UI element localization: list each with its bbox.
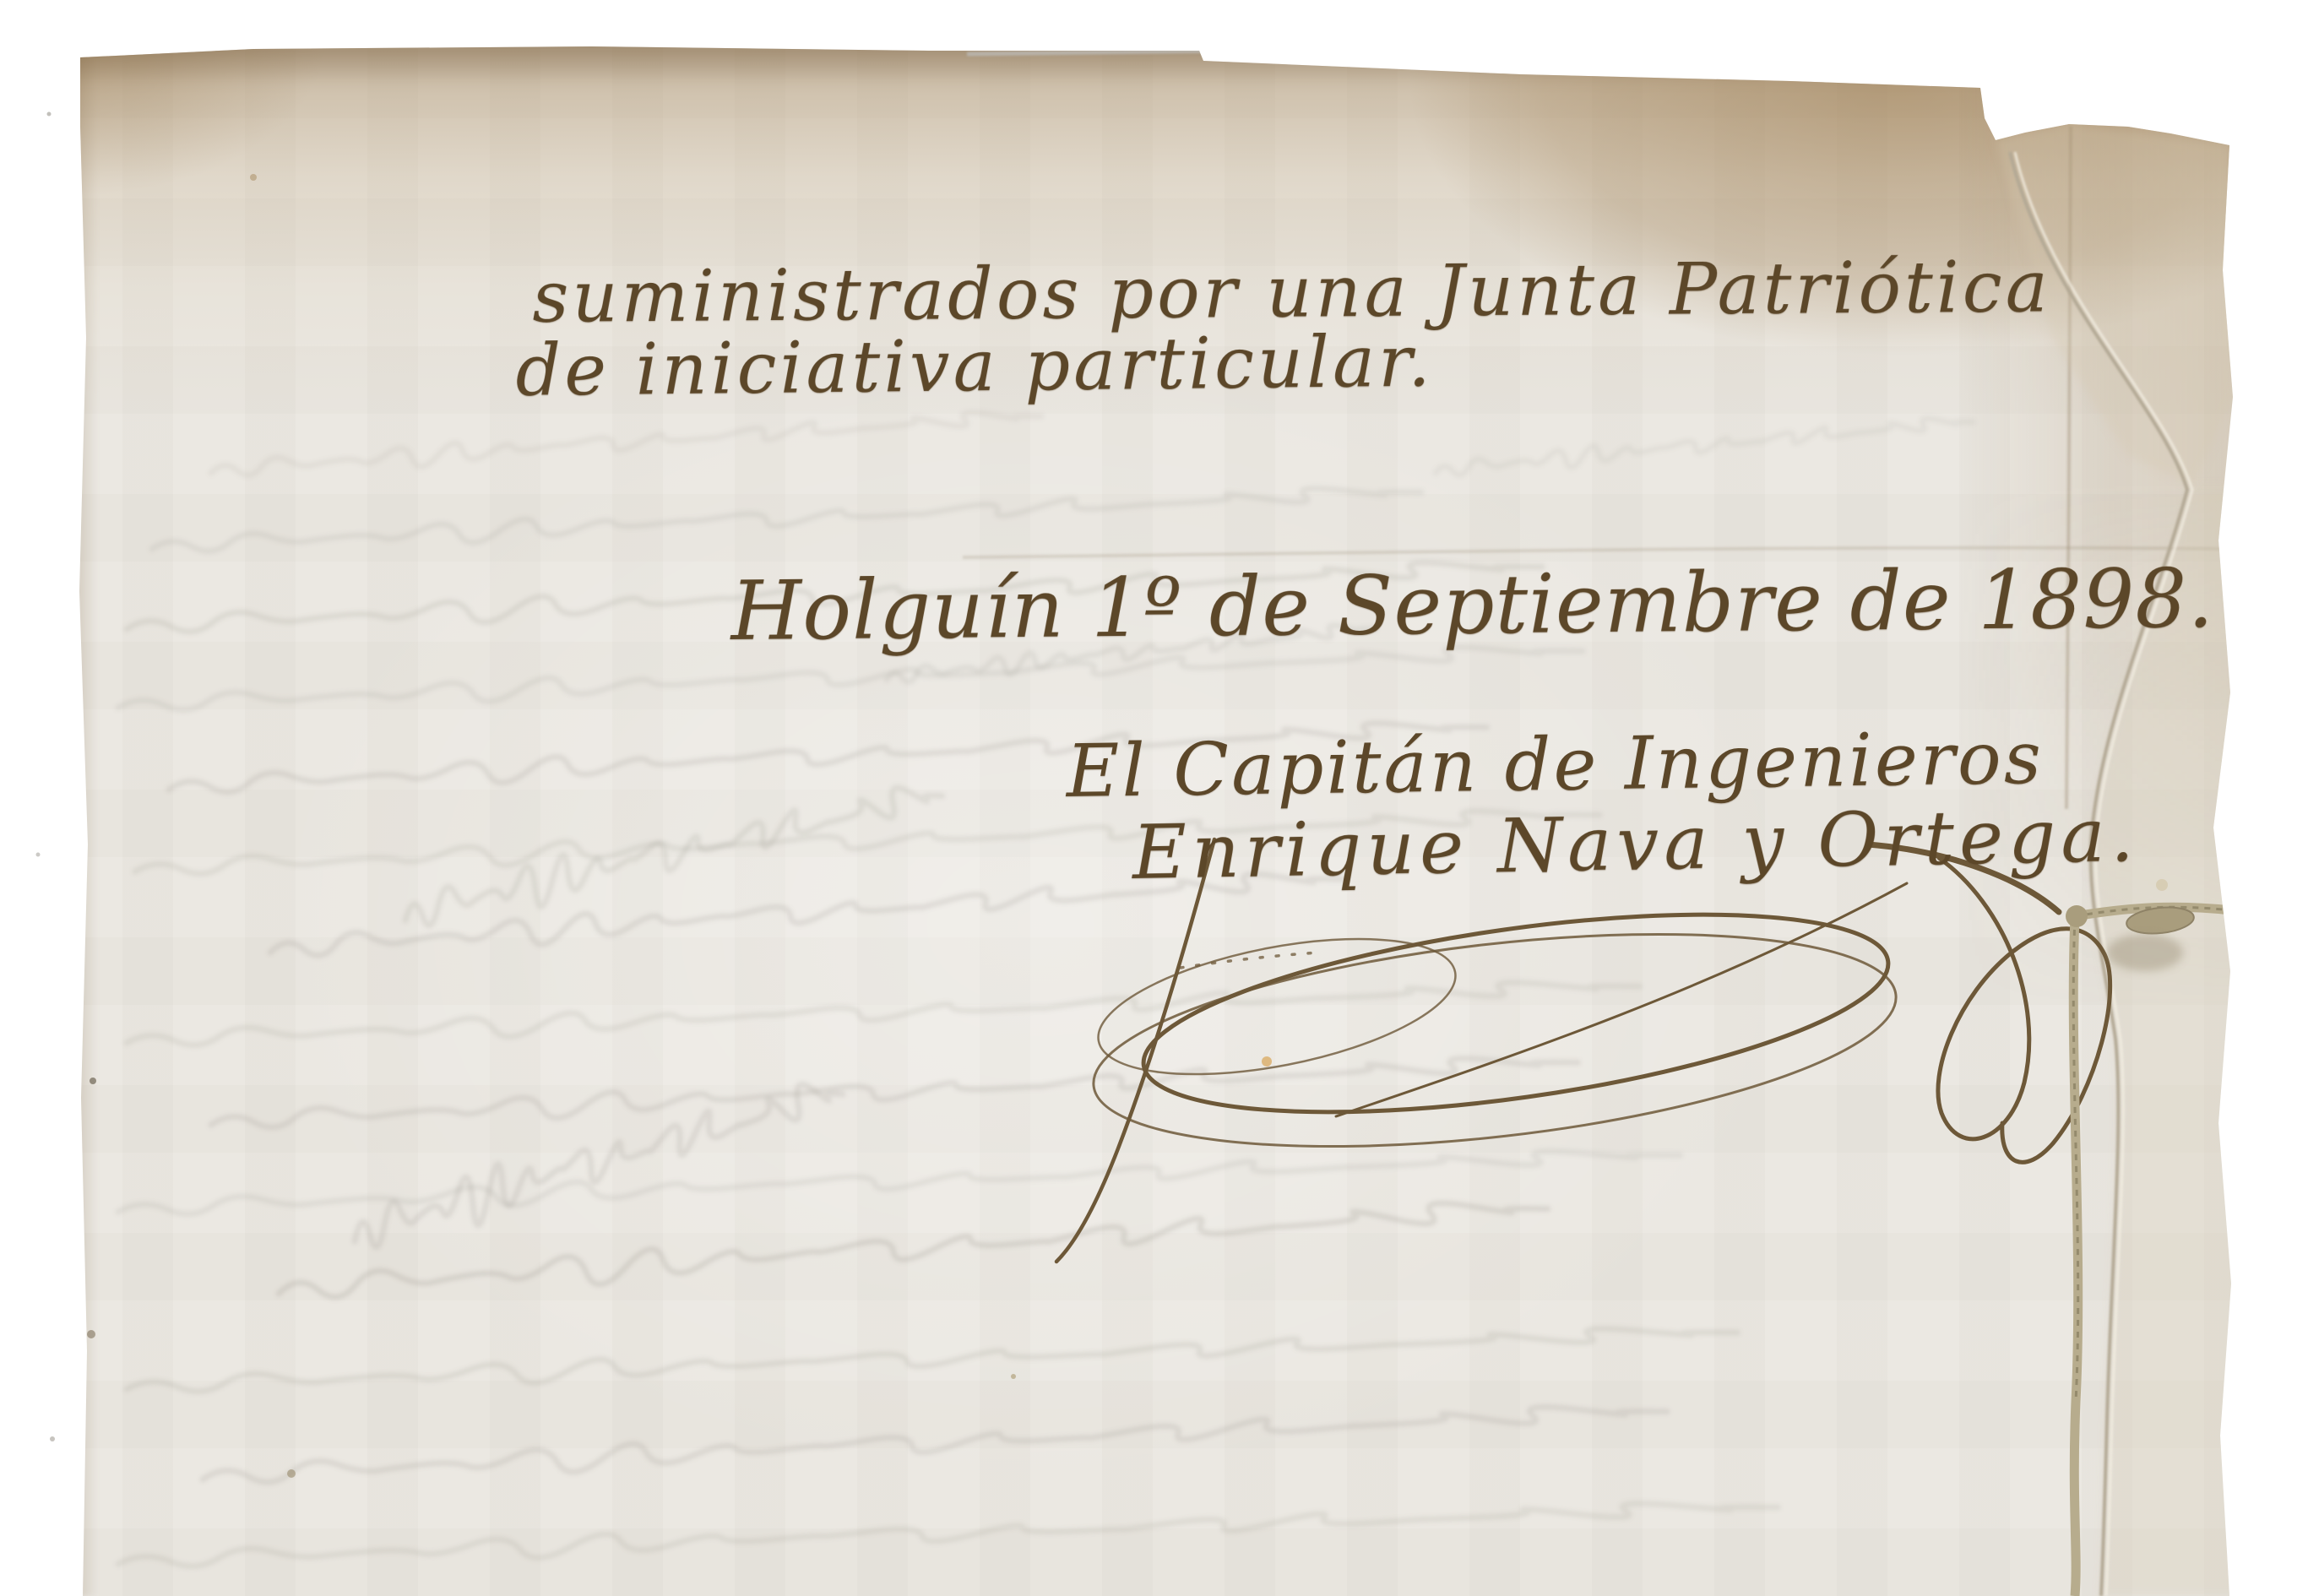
scanned-document: suministrados por una Junta Patriótica d… (0, 0, 2308, 1596)
scanner-dust (36, 112, 56, 1442)
manuscript-line-2: de iniciativa particular. (515, 320, 1434, 412)
signature-name: Enrique Nava y Ortega. (1132, 791, 2140, 896)
signature-rubric (1056, 839, 2110, 1262)
manuscript-dateline: Holguín 1º de Septiembre de 1898. (730, 551, 2214, 659)
